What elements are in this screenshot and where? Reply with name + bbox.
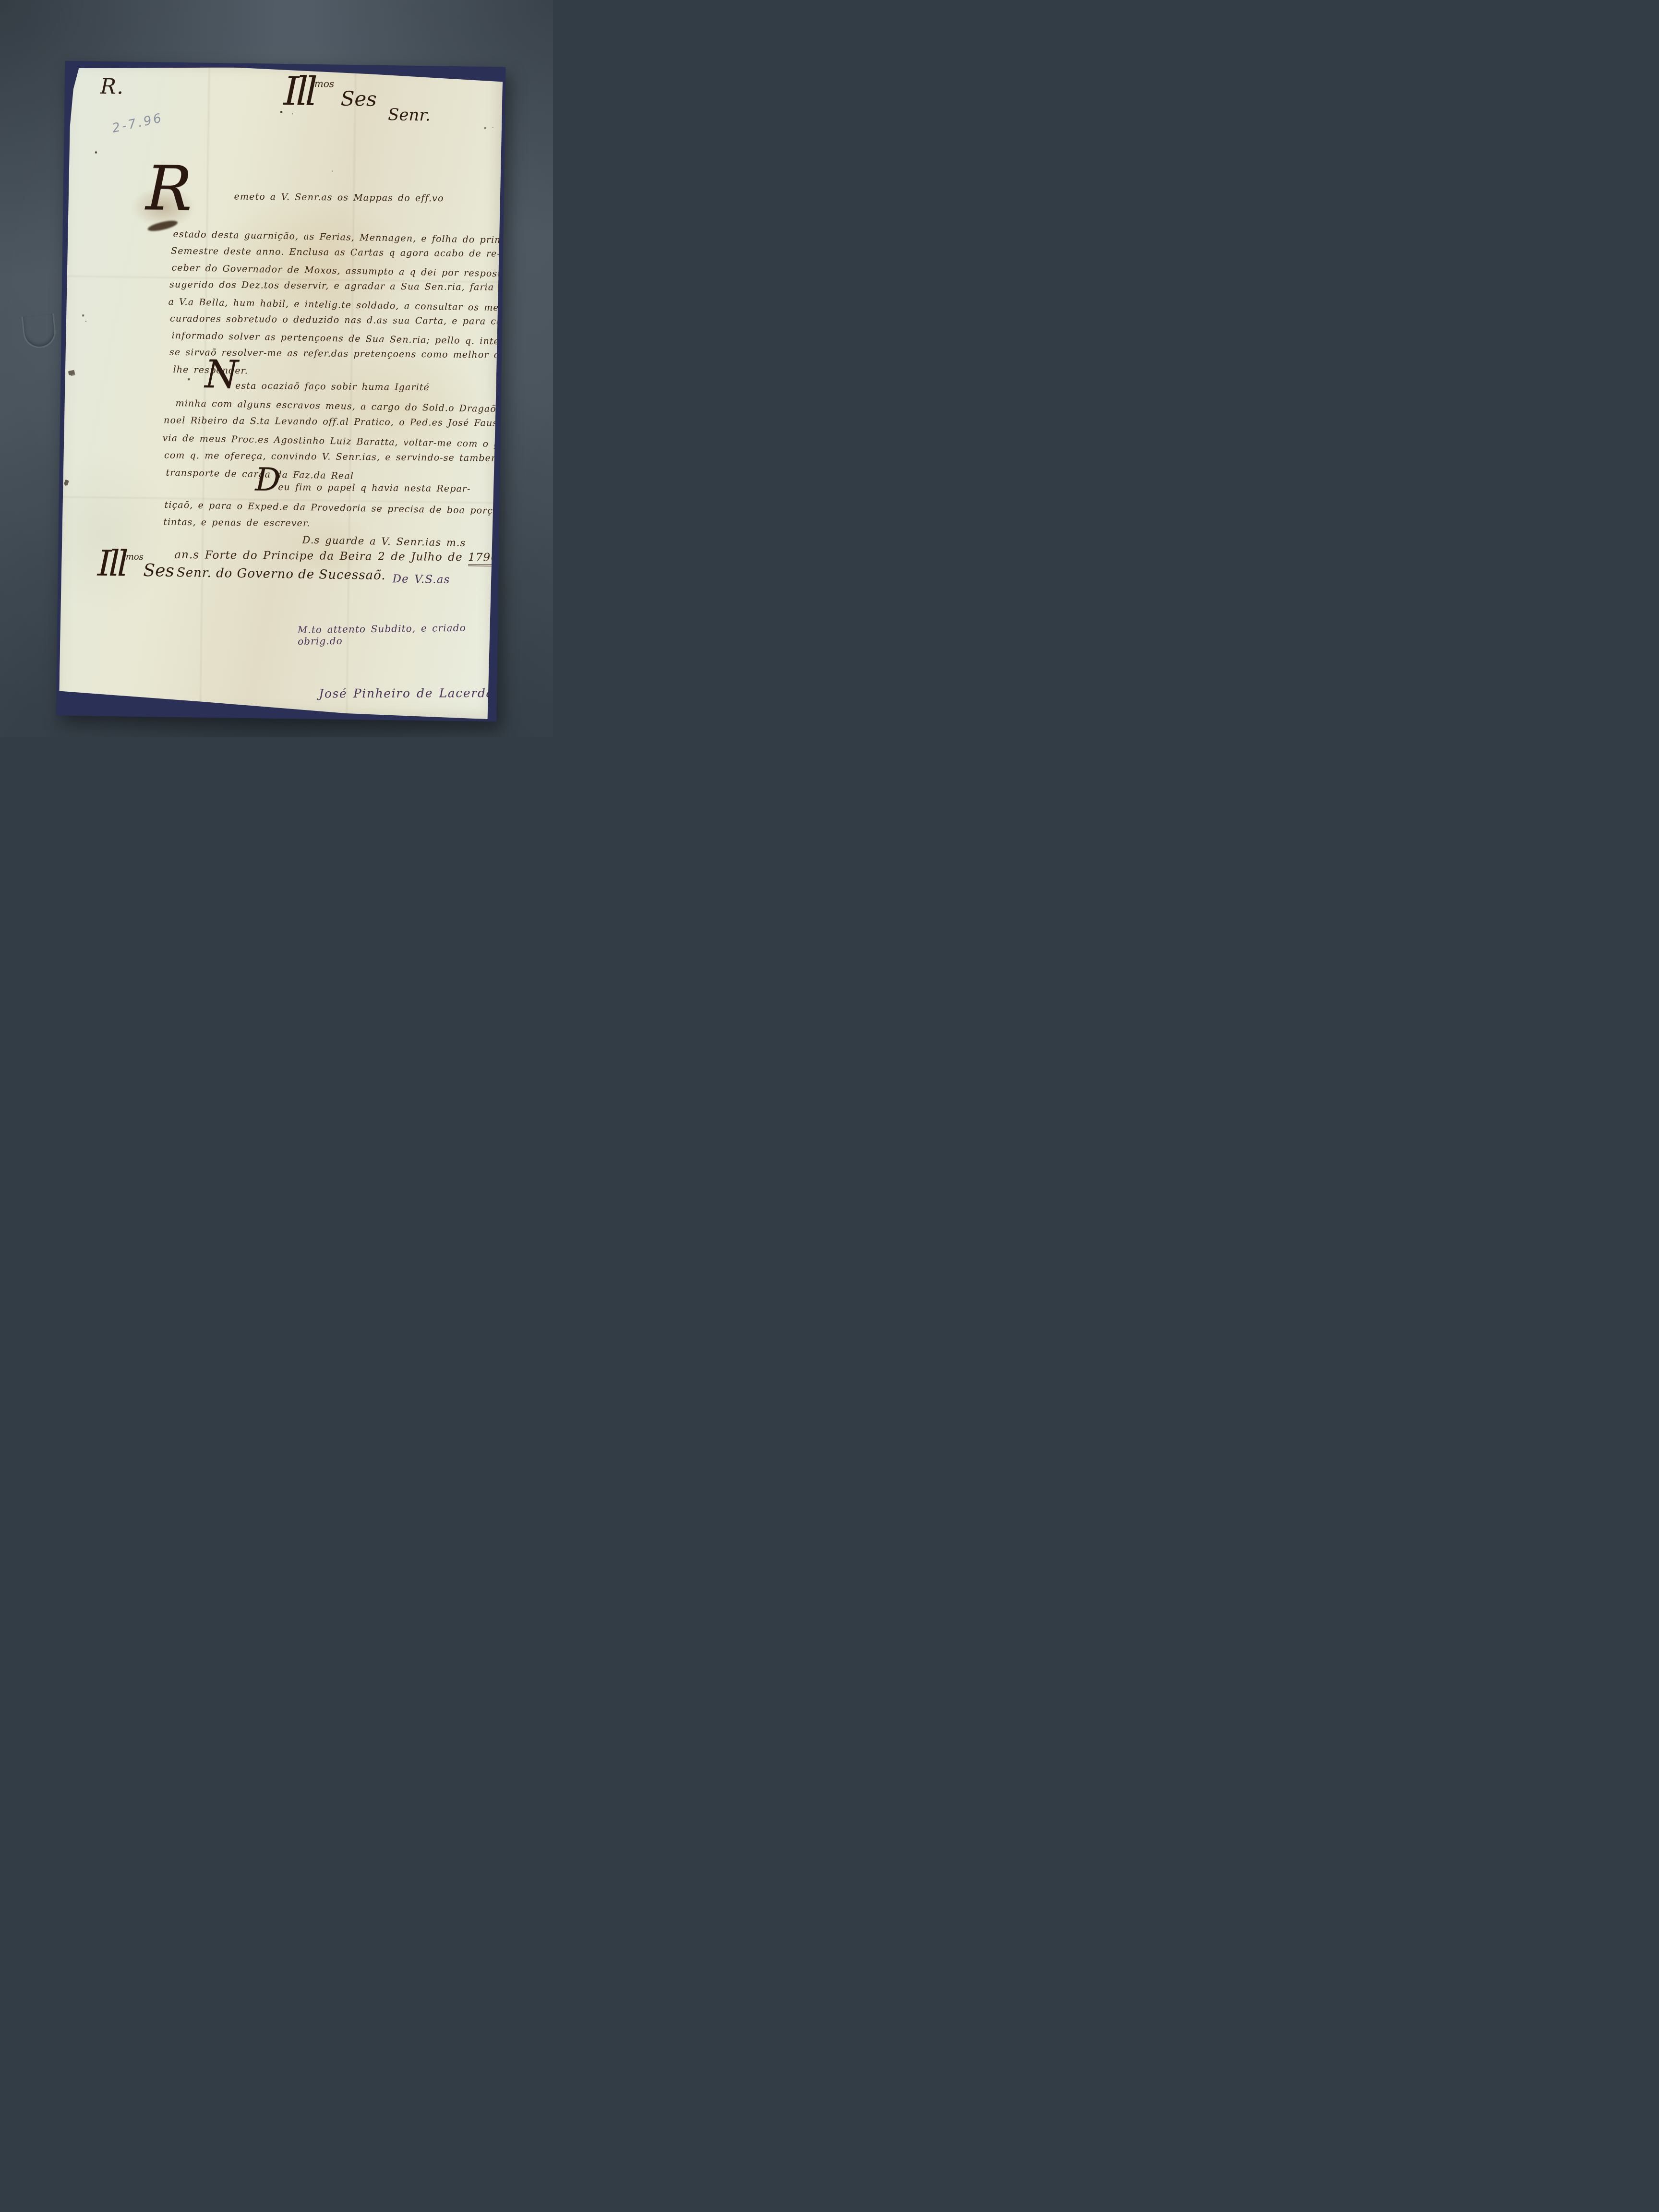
body-line: esta ocaziaõ faço sobir huma Igarité <box>235 382 430 393</box>
manuscript-letter-page: R. 2-7.96 IllmosSes Senr. R emeto a V. S… <box>58 64 504 721</box>
body-line: informado solver as pertençoens de Sua S… <box>171 331 553 348</box>
attention-line: De V.S.as <box>392 573 450 586</box>
body-line: estado desta guarnição, as Ferias, Menna… <box>173 230 524 245</box>
margin-smudge <box>68 370 75 375</box>
address-monogram: Ill <box>97 543 126 585</box>
dropcap-initial: N <box>204 359 239 390</box>
backing-chalk-mark <box>22 313 58 350</box>
salutation-line2: Senr. <box>388 105 431 125</box>
body-line: eu fim o papel q havia nesta Repar- <box>278 483 471 494</box>
closing-line: D.s guarde a V. Senr.ias m.s <box>302 535 466 548</box>
salutation: IllmosSes Senr. <box>283 72 431 125</box>
body-line: tintas, e penas de escrever. <box>163 518 310 529</box>
archive-mark: R. <box>100 74 124 99</box>
salutation-word: Ses <box>340 87 377 111</box>
fold-crease <box>345 68 358 718</box>
body-line: noel Ribeiro da S.ta Levando off.al Prat… <box>164 416 553 429</box>
signature: José Pinheiro de Lacerda <box>319 686 494 700</box>
address-superscript: mos <box>126 552 144 563</box>
dropcap-initial: R <box>145 164 192 214</box>
pencil-inventory-mark: 2-7.96 <box>111 111 165 136</box>
photo-background: R. 2-7.96 IllmosSes Senr. R emeto a V. S… <box>0 0 553 737</box>
address-block: IllmosSes Senr. do Governo de Sucessaõ. <box>97 546 386 585</box>
dropcap-initial: D <box>255 467 281 493</box>
body-line: minha com alguns escravos meus, a cargo … <box>175 399 520 414</box>
compliment-line: M.to attento Subdito, e criado obrig.do <box>298 622 496 647</box>
body-line: via de meus Proc.es Agostinho Luiz Barat… <box>162 434 553 450</box>
body-line: curadores sobretudo o deduzido nas d.as … <box>170 314 550 327</box>
body-line: emeto a V. Senr.as os Mappas do eff.vo <box>234 192 444 204</box>
body-line: sugerido dos Dez.tos deservir, e agradar… <box>169 280 552 293</box>
address-word: Ses <box>143 561 174 581</box>
salutation-monogram: Ill <box>283 69 314 115</box>
body-line: Semestre deste anno. Enclusa as Cartas q… <box>171 247 501 259</box>
address-recipient: Senr. do Governo de Sucessaõ. <box>177 565 386 583</box>
salutation-superscript: mos <box>314 78 335 90</box>
margin-smudge <box>64 480 69 486</box>
